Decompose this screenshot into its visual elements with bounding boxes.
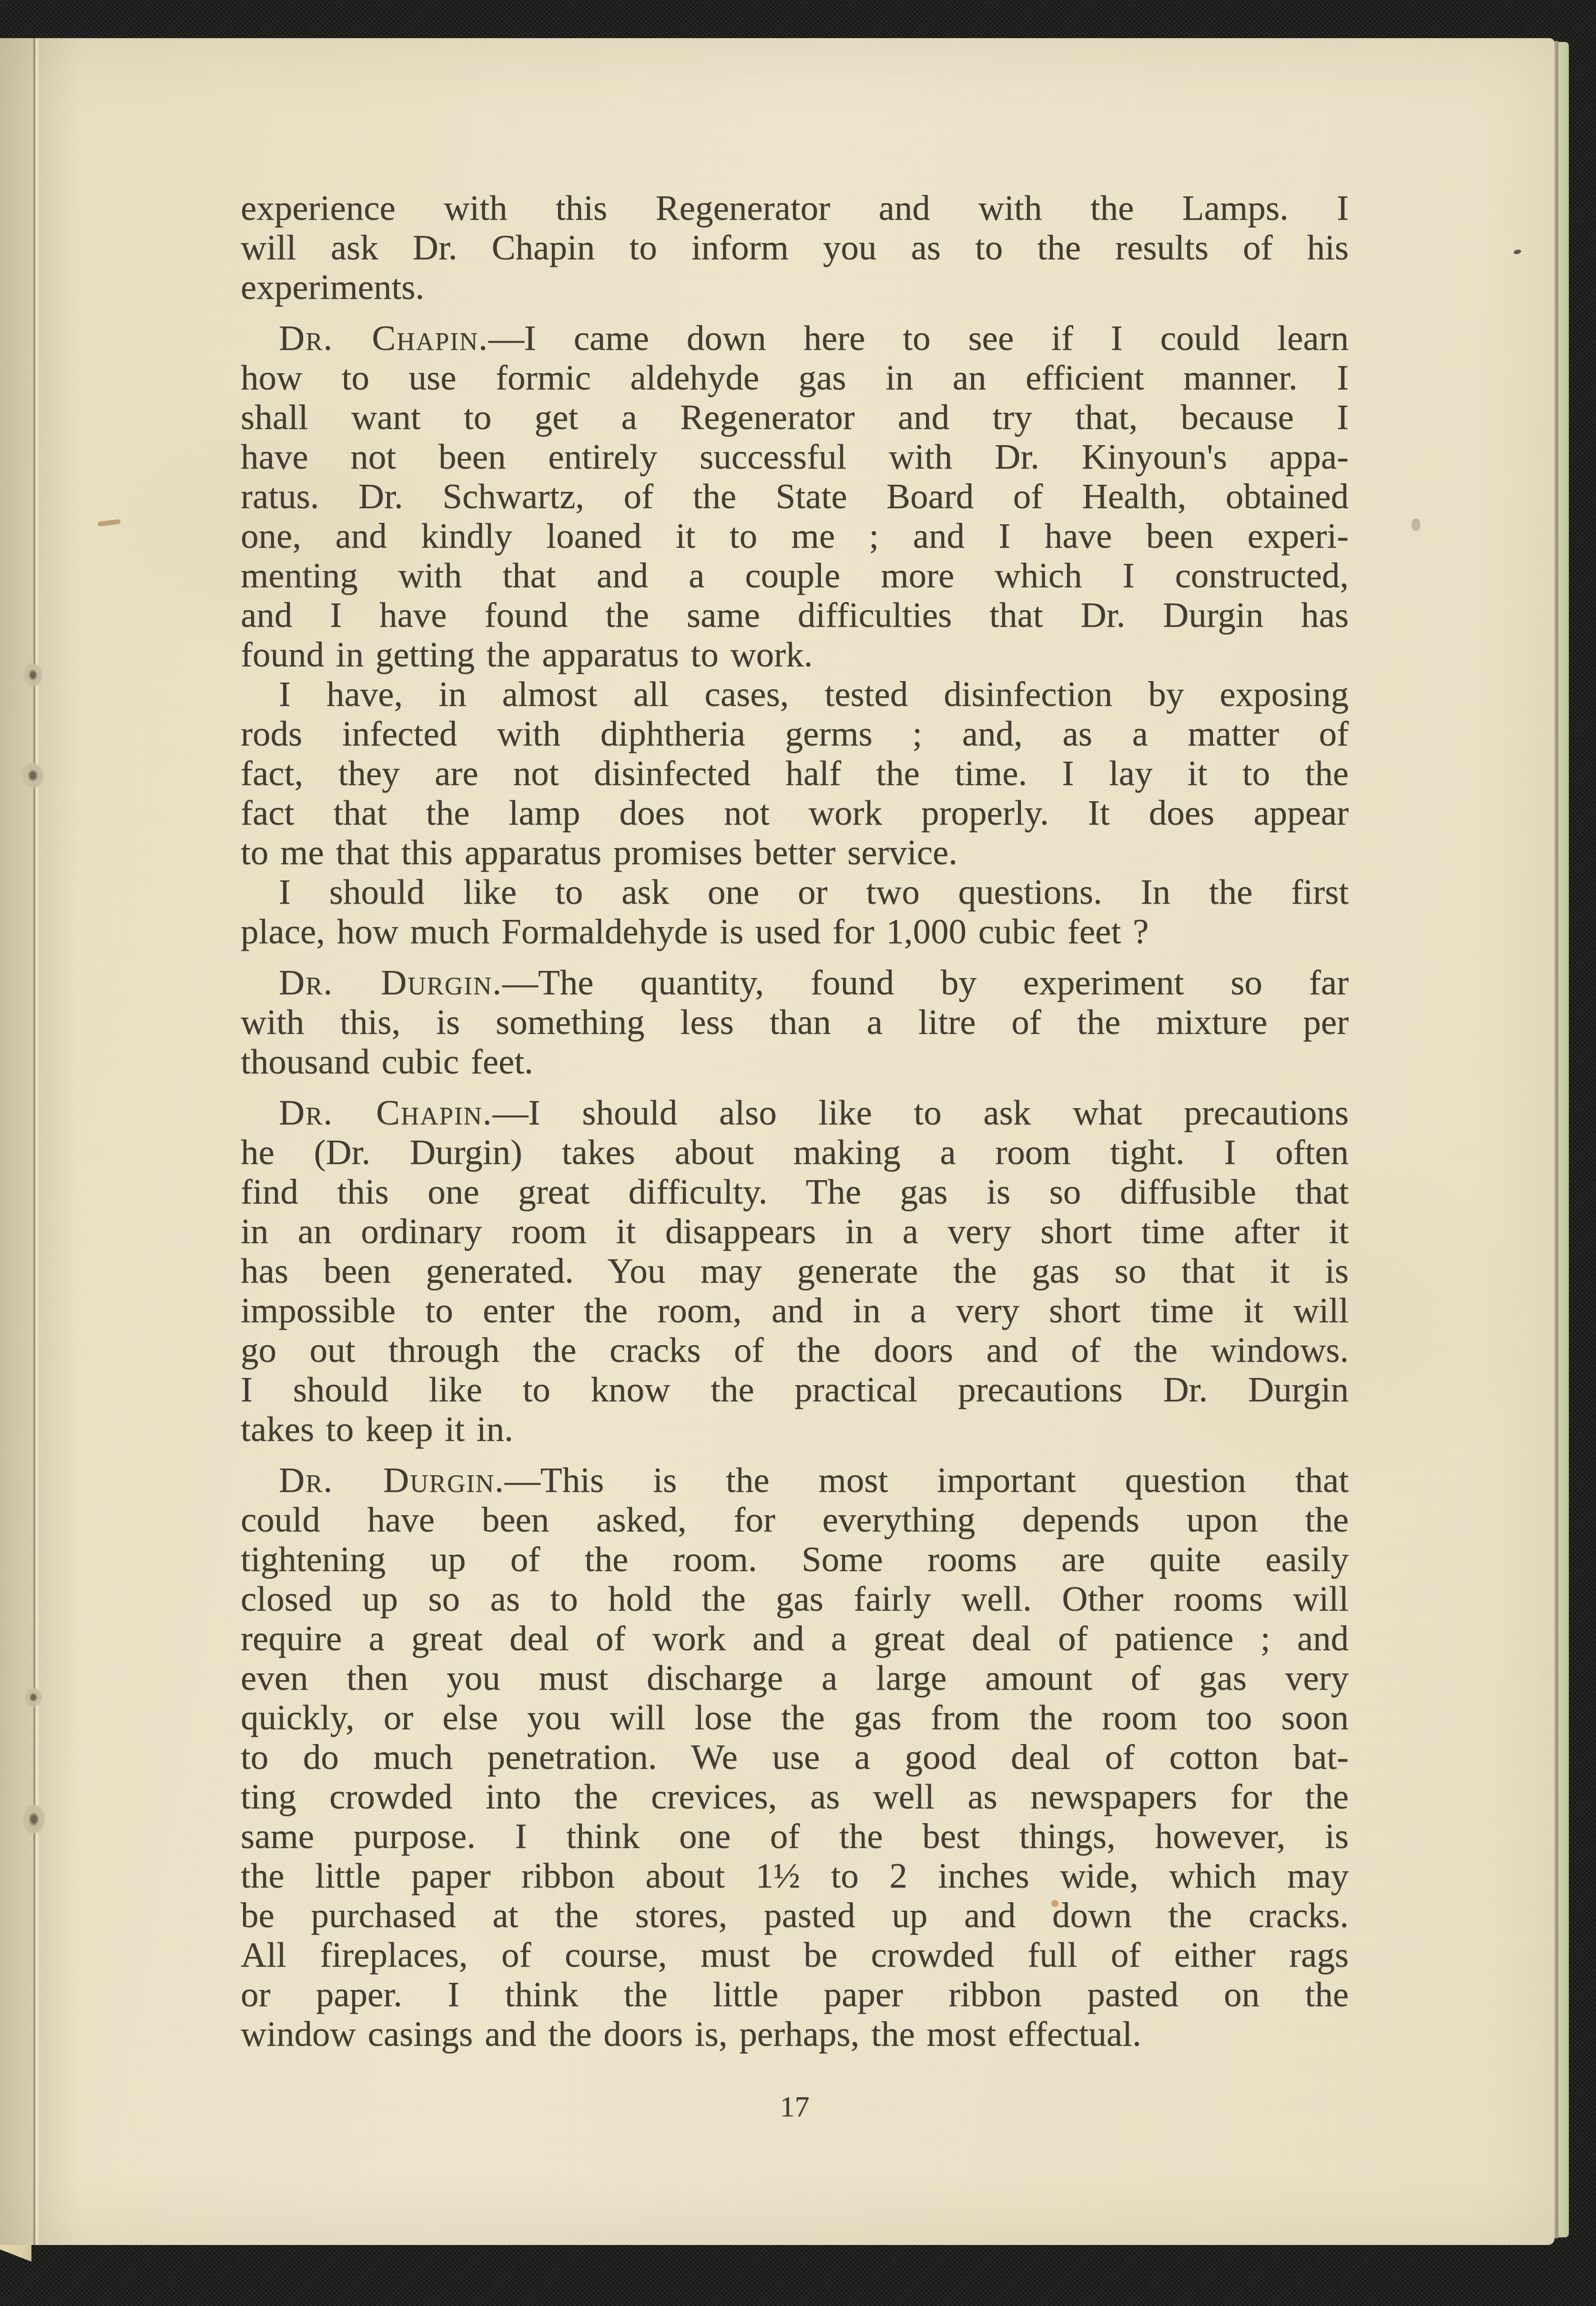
text-line: tightening up of the room. Some rooms ar… (241, 1540, 1349, 1579)
text-line: fact that the lamp does not work properl… (241, 793, 1349, 833)
text-line: be purchased at the stores, pasted up an… (241, 1896, 1349, 1935)
text-line: ting crowded into the crevices, as well … (241, 1777, 1349, 1816)
paragraph: Dr. Durgin.—This is the most important q… (241, 1460, 1349, 2054)
speaker-name: Dr. Chapin. (279, 318, 488, 358)
binding-stitch (21, 1684, 46, 1711)
text-line: closed up so as to hold the gas fairly w… (241, 1579, 1349, 1619)
text-line: find this one great difficulty. The gas … (241, 1172, 1349, 1212)
text-line: ratus. Dr. Schwartz, of the State Board … (241, 477, 1349, 516)
text-line: experiments. (241, 267, 1349, 307)
book-page: experience with this Regenerator and wit… (0, 38, 1555, 2245)
text-line: Dr. Chapin.—I came down here to see if I… (241, 318, 1349, 358)
text-line: he (Dr. Durgin) takes about making a roo… (241, 1133, 1349, 1172)
text-line: go out through the cracks of the doors a… (241, 1330, 1349, 1370)
text-line: experience with this Regenerator and wit… (241, 188, 1349, 228)
text-line: with this, is something less than a litr… (241, 1002, 1349, 1042)
text-line: rods infected with diphtheria germs ; an… (241, 714, 1349, 754)
text-line: will ask Dr. Chapin to inform you as to … (241, 228, 1349, 267)
text-line: could have been asked, for everything de… (241, 1500, 1349, 1540)
text-line: takes to keep it in. (241, 1409, 1349, 1449)
text-line: found in getting the apparatus to work. (241, 635, 1349, 674)
binding-stitch (18, 1798, 50, 1841)
text-line: same purpose. I think one of the best th… (241, 1816, 1349, 1856)
text-line: how to use formic aldehyde gas in an eff… (241, 358, 1349, 398)
page-edge-stack (1558, 42, 1569, 2237)
text-line: one, and kindly loaned it to me ; and I … (241, 516, 1349, 556)
text-line: Dr. Chapin.—I should also like to ask wh… (241, 1093, 1349, 1133)
binding-stitch (17, 757, 49, 794)
binding-crease-highlight (35, 38, 39, 2245)
text-line: thousand cubic feet. (241, 1042, 1349, 1082)
text-line: I should like to ask one or two question… (241, 872, 1349, 912)
text-line: to do much penetration. We use a good de… (241, 1737, 1349, 1777)
text-line: and I have found the same difficulties t… (241, 595, 1349, 635)
text-line: require a great deal of work and a great… (241, 1619, 1349, 1658)
page-number: 17 (241, 2087, 1349, 2127)
text-line: impossible to enter the room, and in a v… (241, 1291, 1349, 1330)
paragraph: experience with this Regenerator and wit… (241, 188, 1349, 307)
speaker-name: Dr. Durgin. (279, 1460, 505, 1500)
paragraph: Dr. Durgin.—The quantity, found by exper… (241, 963, 1349, 1082)
text-line: has been generated. You may generate the… (241, 1251, 1349, 1291)
text-line: or paper. I think the little paper ribbo… (241, 1975, 1349, 2014)
photo-backdrop: experience with this Regenerator and wit… (0, 0, 1596, 2306)
text-line: shall want to get a Regenerator and try … (241, 398, 1349, 437)
text-line: fact, they are not disinfected half the … (241, 754, 1349, 793)
text-line: the little paper ribbon about 1½ to 2 in… (241, 1856, 1349, 1896)
paragraph: Dr. Chapin.—I should also like to ask wh… (241, 1093, 1349, 1449)
text-line: even then you must discharge a large amo… (241, 1658, 1349, 1698)
text-line: in an ordinary room it disappears in a v… (241, 1212, 1349, 1251)
speaker-name: Dr. Durgin. (279, 963, 502, 1002)
text-line: have not been entirely successful with D… (241, 437, 1349, 477)
paragraph: Dr. Chapin.—I came down here to see if I… (241, 318, 1349, 674)
text-line: I should like to know the practical prec… (241, 1370, 1349, 1409)
text-line: All fireplaces, of course, must be crowd… (241, 1935, 1349, 1975)
page-edge-shadow-line (1555, 41, 1558, 2238)
page-text: experience with this Regenerator and wit… (241, 188, 1349, 2127)
text-line: Dr. Durgin.—The quantity, found by exper… (241, 963, 1349, 1002)
paragraph: I have, in almost all cases, tested disi… (241, 674, 1349, 872)
speaker-name: Dr. Chapin. (279, 1093, 493, 1133)
text-line: place, how much Formaldehyde is used for… (241, 912, 1349, 951)
text-line: quickly, or else you will lose the gas f… (241, 1698, 1349, 1737)
text-line: Dr. Durgin.—This is the most important q… (241, 1460, 1349, 1500)
binding-gutter-shade (0, 38, 81, 2245)
text-line: to me that this apparatus promises bette… (241, 833, 1349, 872)
paragraph: I should like to ask one or two question… (241, 872, 1349, 951)
text-line: menting with that and a couple more whic… (241, 556, 1349, 595)
binding-stitch (19, 658, 47, 692)
text-line: I have, in almost all cases, tested disi… (241, 674, 1349, 714)
text-line: window casings and the doors is, perhaps… (241, 2014, 1349, 2054)
